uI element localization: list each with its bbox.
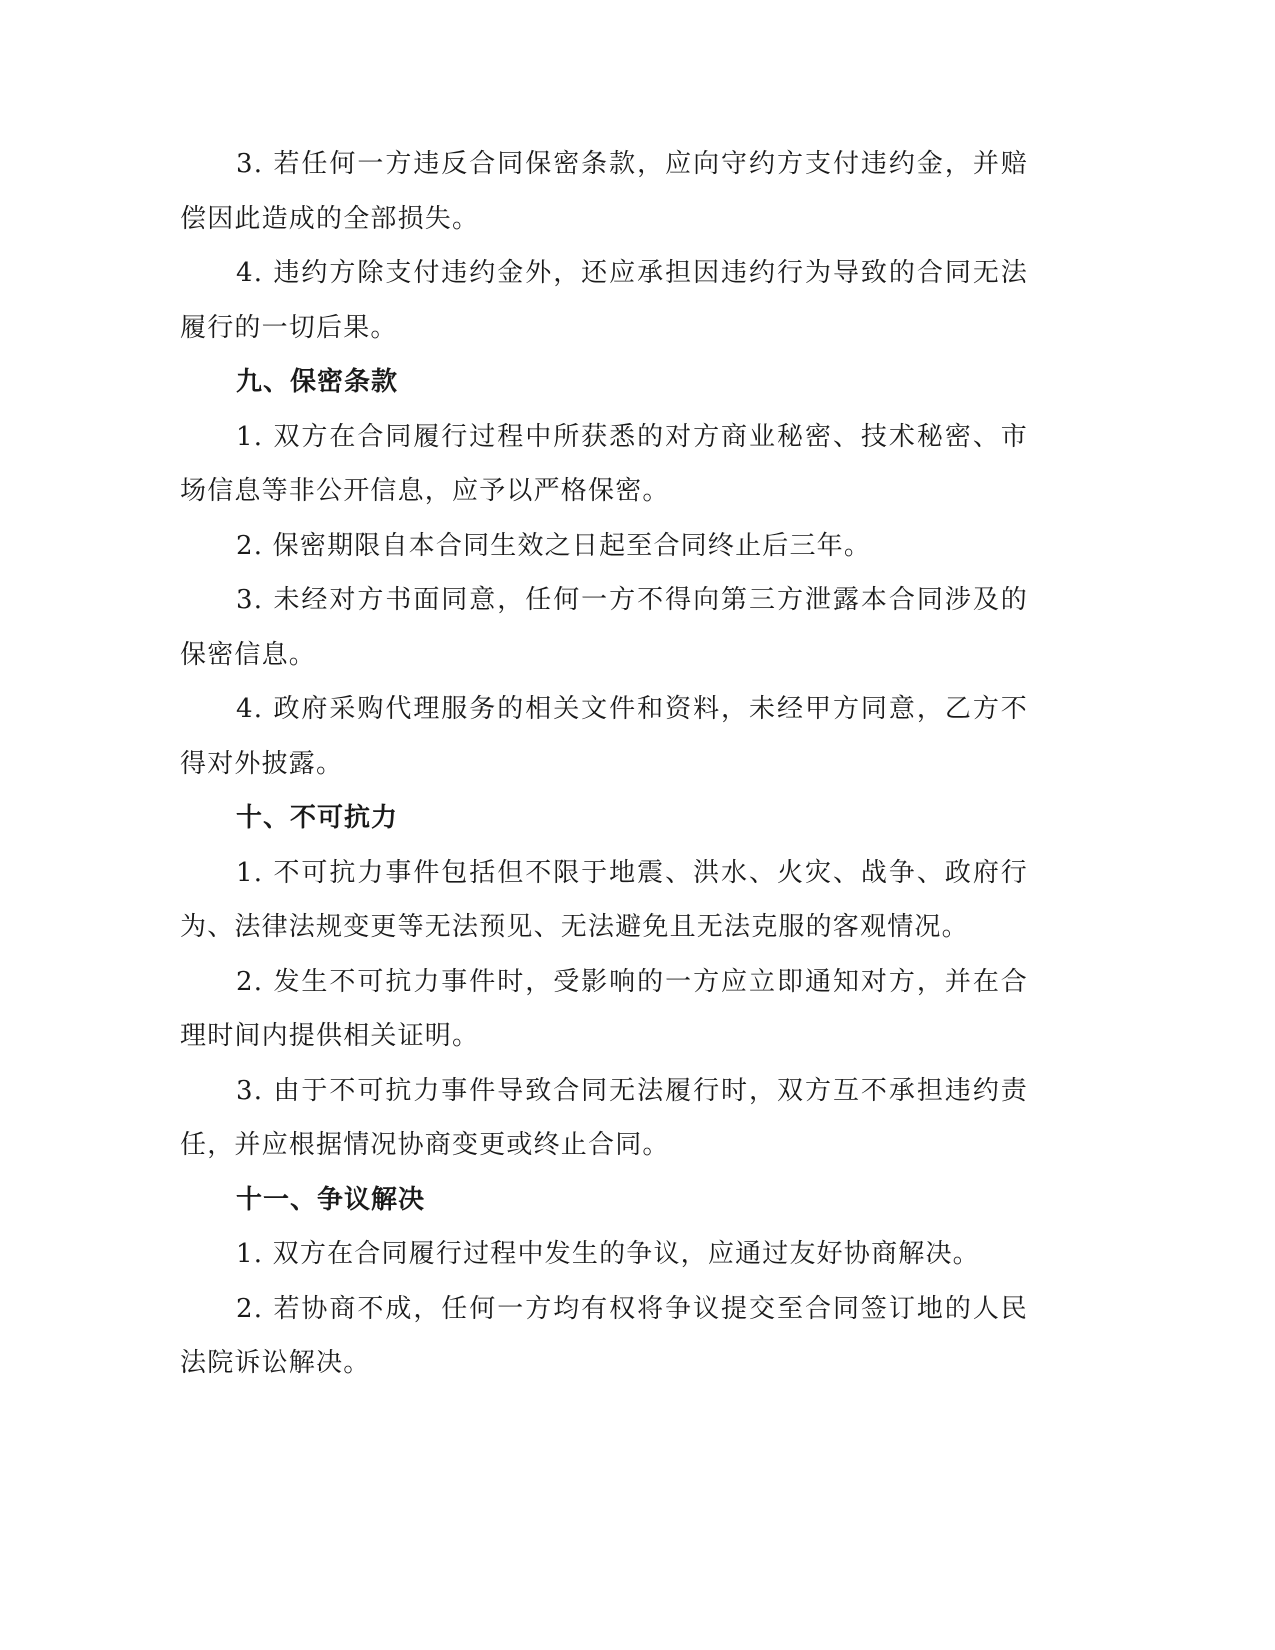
clause-9-4: 4. 政府采购代理服务的相关文件和资料，未经甲方同意，乙方不得对外披露。	[180, 682, 1028, 791]
document-page: 3. 若任何一方违反合同保密条款，应向守约方支付违约金，并赔偿因此造成的全部损失…	[180, 137, 1028, 1391]
clause-10-2: 2. 发生不可抗力事件时，受影响的一方应立即通知对方，并在合理时间内提供相关证明…	[180, 955, 1028, 1064]
clause-11-2: 2. 若协商不成，任何一方均有权将争议提交至合同签订地的人民法院诉讼解决。	[180, 1282, 1028, 1391]
clause-10-1: 1. 不可抗力事件包括但不限于地震、洪水、火灾、战争、政府行为、法律法规变更等无…	[180, 846, 1028, 955]
clause-11-1: 1. 双方在合同履行过程中发生的争议，应通过友好协商解决。	[180, 1227, 1028, 1282]
section-heading-dispute-resolution: 十一、争议解决	[180, 1173, 1028, 1228]
section-heading-confidentiality: 九、保密条款	[180, 355, 1028, 410]
clause-9-1: 1. 双方在合同履行过程中所获悉的对方商业秘密、技术秘密、市场信息等非公开信息，…	[180, 410, 1028, 519]
clause-10-3: 3. 由于不可抗力事件导致合同无法履行时，双方互不承担违约责任，并应根据情况协商…	[180, 1064, 1028, 1173]
clause-9-2: 2. 保密期限自本合同生效之日起至合同终止后三年。	[180, 519, 1028, 574]
clause-9-3: 3. 未经对方书面同意，任何一方不得向第三方泄露本合同涉及的保密信息。	[180, 573, 1028, 682]
clause-8-3: 3. 若任何一方违反合同保密条款，应向守约方支付违约金，并赔偿因此造成的全部损失…	[180, 137, 1028, 246]
section-heading-force-majeure: 十、不可抗力	[180, 791, 1028, 846]
clause-8-4: 4. 违约方除支付违约金外，还应承担因违约行为导致的合同无法履行的一切后果。	[180, 246, 1028, 355]
